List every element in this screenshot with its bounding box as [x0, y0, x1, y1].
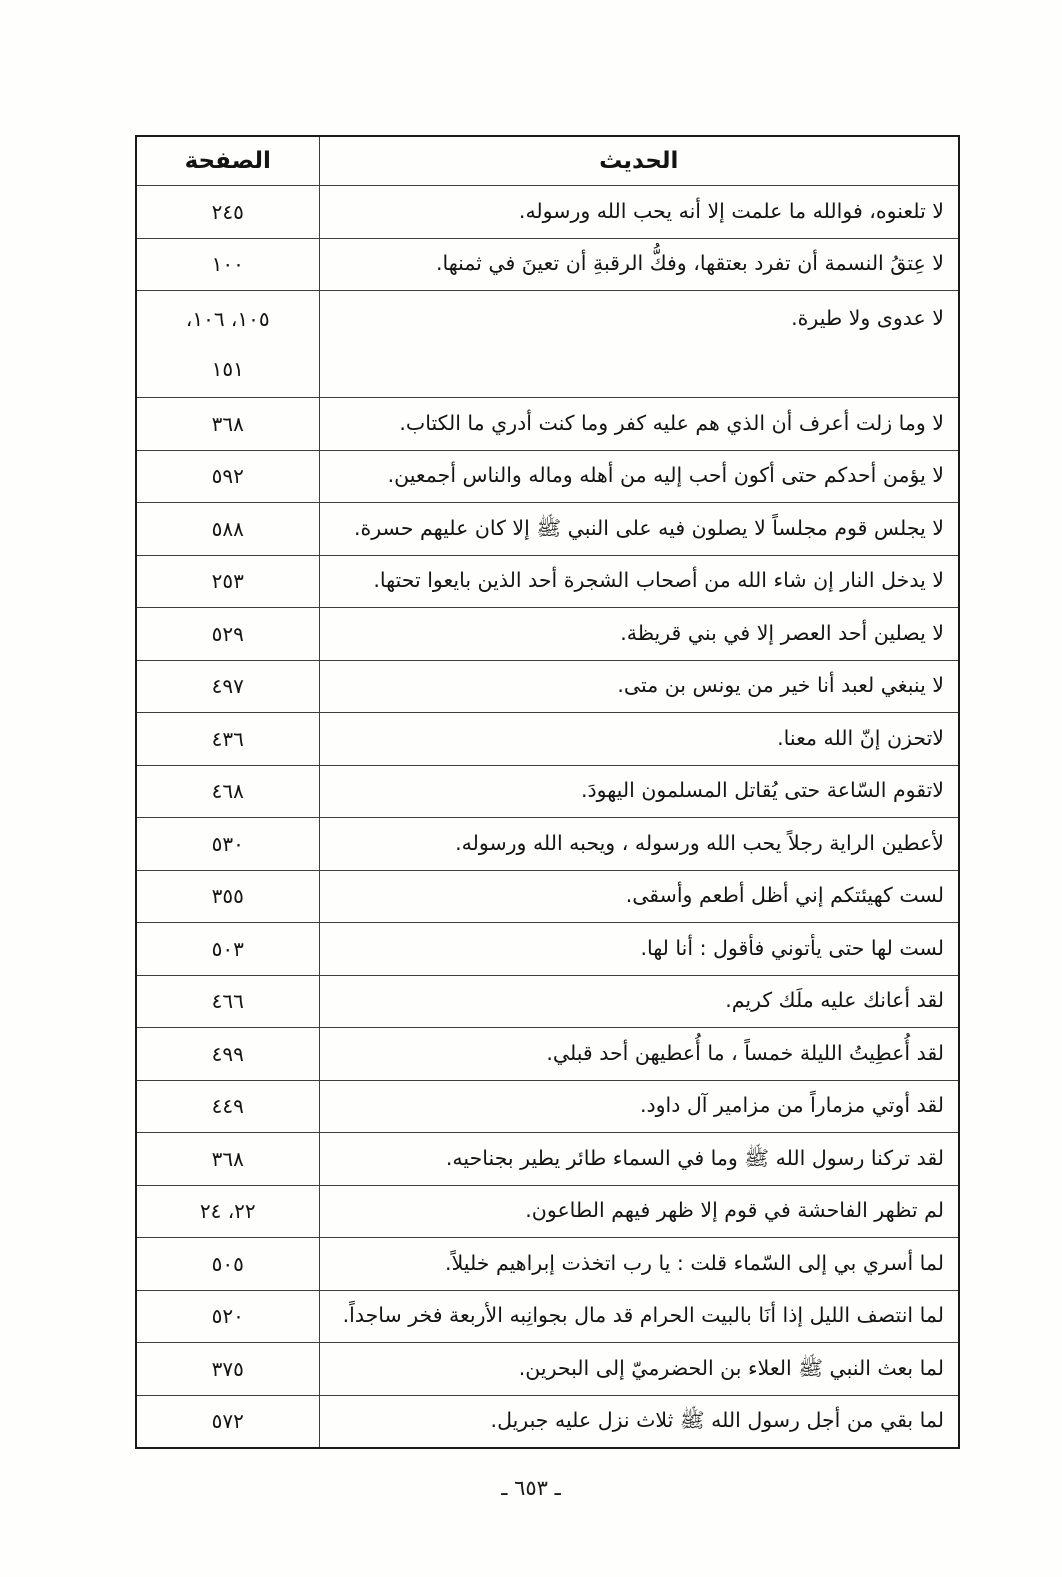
- page-number-cell: ٤٩٩: [136, 1028, 319, 1081]
- page-number-cell: ٥٨٨: [136, 503, 319, 556]
- page-number-line: ٣٧٥: [143, 1357, 313, 1381]
- page-number-line: ٤٩٩: [143, 1042, 313, 1066]
- hadith-text: لست لها حتى يأتوني فأقول : أنا لها.: [319, 923, 959, 976]
- hadith-text: لا يصلين أحد العصر إلا في بني قريظة.: [319, 608, 959, 661]
- table-row: لا عِتقُ النسمة أن تفرد بعتقها، وفكُّ ال…: [136, 238, 959, 291]
- hadith-text: لا تلعنوه، فوالله ما علمت إلا أنه يحب ال…: [319, 186, 959, 239]
- page-number-cell: ١٠٠: [136, 238, 319, 291]
- page-number-line: ٣٦٨: [143, 1147, 313, 1171]
- page-number-cell: ٢٢، ٢٤: [136, 1185, 319, 1238]
- page-number-line: ٥٢٩: [143, 622, 313, 646]
- page-number-cell: ١٠٥، ١٠٦،١٥١: [136, 291, 319, 398]
- page-number-line: ٥٨٨: [143, 517, 313, 541]
- page-number-cell: ٣٦٨: [136, 398, 319, 451]
- page-number-line: ٤٤٩: [143, 1094, 313, 1118]
- page-number-line: ٥٠٥: [143, 1252, 313, 1276]
- page-number-cell: ٥٠٥: [136, 1238, 319, 1291]
- table-row: لا يصلين أحد العصر إلا في بني قريظة.٥٢٩: [136, 608, 959, 661]
- hadith-text: لا ينبغي لعبد أنا خير من يونس بن متى.: [319, 660, 959, 713]
- page-number-line: ٣٥٥: [143, 884, 313, 908]
- hadith-text: لما أسري بي إلى السّماء قلت : يا رب اتخذ…: [319, 1238, 959, 1291]
- page-number-cell: ٣٥٥: [136, 870, 319, 923]
- hadith-text: لما انتصف الليل إذا أنَا بالبيت الحرام ق…: [319, 1290, 959, 1343]
- hadith-text: لقد أعانك عليه ملَك كريم.: [319, 975, 959, 1028]
- hadith-table-body: لا تلعنوه، فوالله ما علمت إلا أنه يحب ال…: [136, 186, 959, 1448]
- table-row: لست كهيئتكم إني أظل أطعم وأسقى.٣٥٥: [136, 870, 959, 923]
- page-number-line: ٤٩٧: [143, 674, 313, 698]
- table-row: لقد تركنا رسول الله ﷺ وما في السماء طائر…: [136, 1133, 959, 1186]
- page-number-line: ٤٦٦: [143, 989, 313, 1013]
- table-row: لقد أعانك عليه ملَك كريم.٤٦٦: [136, 975, 959, 1028]
- page-number-line: ٥٠٣: [143, 937, 313, 961]
- hadith-text: لقد أوتي مزماراً من مزامير آل داود.: [319, 1080, 959, 1133]
- table-row: لا وما زلت أعرف أن الذي هم عليه كفر وما …: [136, 398, 959, 451]
- scanned-book-page: الحديث الصفحة لا تلعنوه، فوالله ما علمت …: [0, 0, 1062, 1577]
- page-number-line: ١٠٠: [143, 252, 313, 276]
- table-row: لما أسري بي إلى السّماء قلت : يا رب اتخذ…: [136, 1238, 959, 1291]
- table-row: لا يدخل النار إن شاء الله من أصحاب الشجر…: [136, 555, 959, 608]
- page-number-line: ٥٩٢: [143, 464, 313, 488]
- page-number-line: ٥٧٢: [143, 1409, 313, 1433]
- page-number-cell: ٥٢٩: [136, 608, 319, 661]
- page-number-cell: ٥٠٣: [136, 923, 319, 976]
- page-number-line: ٥٢٠: [143, 1304, 313, 1328]
- table-row: لقد أُعطِيتُ الليلة خمساً ، ما أُعطيهن أ…: [136, 1028, 959, 1081]
- page-number-cell: ٤٤٩: [136, 1080, 319, 1133]
- page-number-cell: ٥٢٠: [136, 1290, 319, 1343]
- page-number-line: ٤٣٦: [143, 727, 313, 751]
- header-row: الحديث الصفحة: [136, 136, 959, 186]
- page-number-cell: ٢٥٣: [136, 555, 319, 608]
- page-number-cell: ٢٤٥: [136, 186, 319, 239]
- hadith-text: لقد تركنا رسول الله ﷺ وما في السماء طائر…: [319, 1133, 959, 1186]
- hadith-text: لا وما زلت أعرف أن الذي هم عليه كفر وما …: [319, 398, 959, 451]
- page-number-cell: ٤٦٨: [136, 765, 319, 818]
- table-row: لقد أوتي مزماراً من مزامير آل داود.٤٤٩: [136, 1080, 959, 1133]
- hadith-text: لاتقوم السّاعة حتى يُقاتل المسلمون اليهو…: [319, 765, 959, 818]
- table-row: لأعطين الراية رجلاً يحب الله ورسوله ، وي…: [136, 818, 959, 871]
- table-row: لاتحزن إنّ الله معنا.٤٣٦: [136, 713, 959, 766]
- page-number-footer: ـ ٦٥٣ ـ: [0, 1476, 1062, 1500]
- page-number-line: ٢٤٥: [143, 200, 313, 224]
- hadith-text: لست كهيئتكم إني أظل أطعم وأسقى.: [319, 870, 959, 923]
- hadith-text: لقد أُعطِيتُ الليلة خمساً ، ما أُعطيهن أ…: [319, 1028, 959, 1081]
- hadith-text: لا يدخل النار إن شاء الله من أصحاب الشجر…: [319, 555, 959, 608]
- page-number-line: ٢٢، ٢٤: [143, 1199, 313, 1223]
- hadith-text: لا يؤمن أحدكم حتى أكون أحب إليه من أهله …: [319, 450, 959, 503]
- hadith-column-header: الحديث: [319, 136, 959, 186]
- page-number-cell: ٥٣٠: [136, 818, 319, 871]
- page-number-line: ٢٥٣: [143, 569, 313, 593]
- table-row: لا يؤمن أحدكم حتى أكون أحب إليه من أهله …: [136, 450, 959, 503]
- hadith-text: لاتحزن إنّ الله معنا.: [319, 713, 959, 766]
- hadith-text: لا يجلس قوم مجلساً لا يصلون فيه على النب…: [319, 503, 959, 556]
- page-number-line: ٣٦٨: [143, 412, 313, 436]
- page-column-header: الصفحة: [136, 136, 319, 186]
- hadith-text: لما بقي من أجل رسول الله ﷺ ثلاث نزل عليه…: [319, 1395, 959, 1448]
- page-number-cell: ٤٦٦: [136, 975, 319, 1028]
- table-row: لم تظهر الفاحشة في قوم إلا ظهر فيهم الطا…: [136, 1185, 959, 1238]
- hadith-text: لما بعث النبي ﷺ العلاء بن الحضرميّ إلى ا…: [319, 1343, 959, 1396]
- page-number-cell: ٤٩٧: [136, 660, 319, 713]
- page-number-line: ٤٦٨: [143, 779, 313, 803]
- hadith-text: لم تظهر الفاحشة في قوم إلا ظهر فيهم الطا…: [319, 1185, 959, 1238]
- page-number-line: ١٥١: [143, 344, 313, 394]
- table-row: لا يجلس قوم مجلساً لا يصلون فيه على النب…: [136, 503, 959, 556]
- page-number-cell: ٣٧٥: [136, 1343, 319, 1396]
- hadith-text: لا عِتقُ النسمة أن تفرد بعتقها، وفكُّ ال…: [319, 238, 959, 291]
- table-row: لا تلعنوه، فوالله ما علمت إلا أنه يحب ال…: [136, 186, 959, 239]
- table-row: لما بقي من أجل رسول الله ﷺ ثلاث نزل عليه…: [136, 1395, 959, 1448]
- hadith-index-table: الحديث الصفحة لا تلعنوه، فوالله ما علمت …: [135, 135, 960, 1449]
- page-number-cell: ٥٧٢: [136, 1395, 319, 1448]
- table-row: لاتقوم السّاعة حتى يُقاتل المسلمون اليهو…: [136, 765, 959, 818]
- page-number-cell: ٤٣٦: [136, 713, 319, 766]
- hadith-text: لأعطين الراية رجلاً يحب الله ورسوله ، وي…: [319, 818, 959, 871]
- page-number-line: ٥٣٠: [143, 832, 313, 856]
- page-number-cell: ٥٩٢: [136, 450, 319, 503]
- hadith-text: لا عدوى ولا طيرة.: [319, 291, 959, 398]
- table-row: لما بعث النبي ﷺ العلاء بن الحضرميّ إلى ا…: [136, 1343, 959, 1396]
- table-row: لست لها حتى يأتوني فأقول : أنا لها.٥٠٣: [136, 923, 959, 976]
- page-number-line: ١٠٥، ١٠٦،: [143, 294, 313, 344]
- table-row: لا عدوى ولا طيرة.١٠٥، ١٠٦،١٥١: [136, 291, 959, 398]
- table-row: لما انتصف الليل إذا أنَا بالبيت الحرام ق…: [136, 1290, 959, 1343]
- table-row: لا ينبغي لعبد أنا خير من يونس بن متى.٤٩٧: [136, 660, 959, 713]
- page-number-cell: ٣٦٨: [136, 1133, 319, 1186]
